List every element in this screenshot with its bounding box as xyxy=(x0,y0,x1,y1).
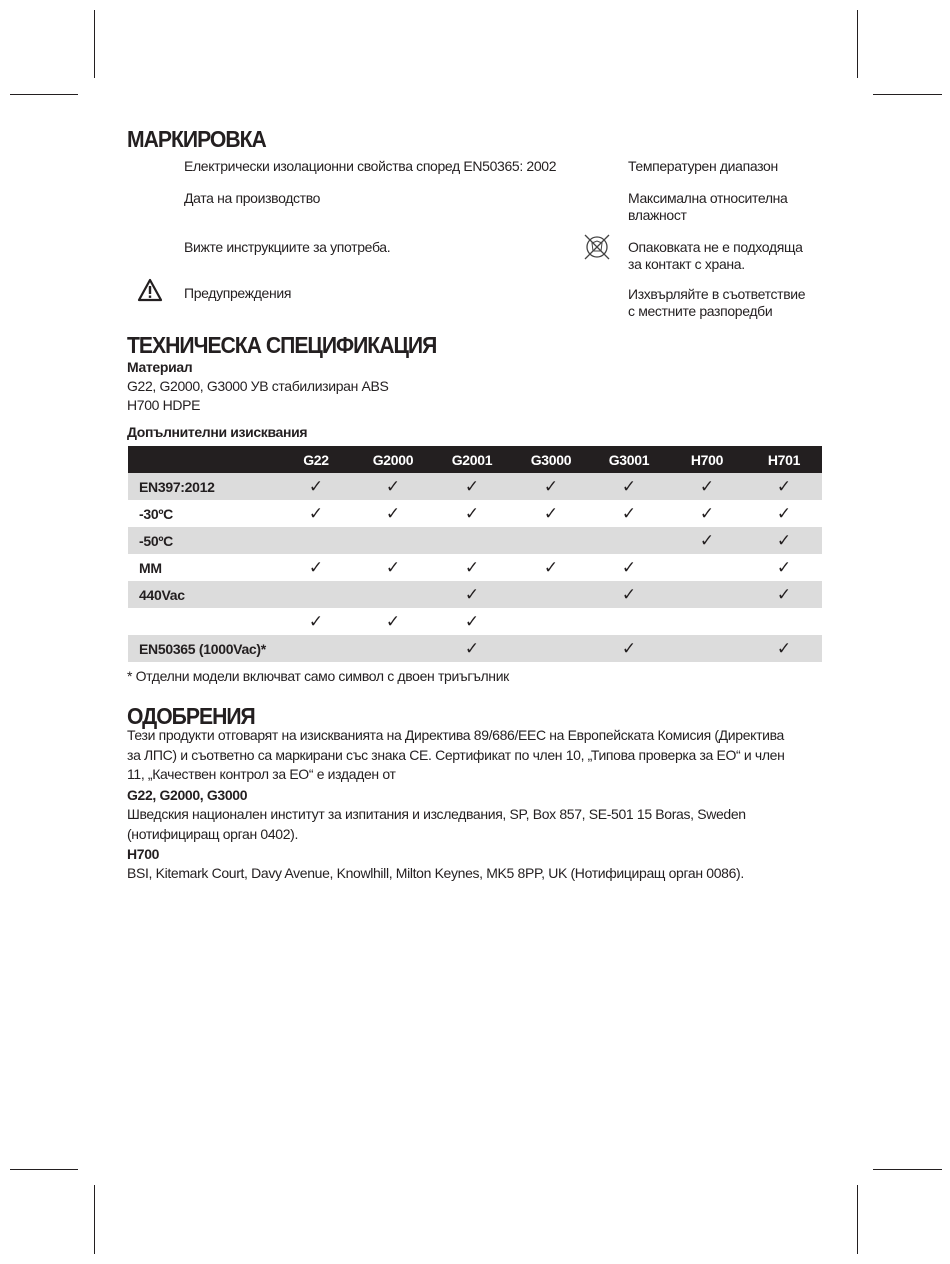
crop-mark xyxy=(857,10,858,78)
empty-cell xyxy=(668,608,746,635)
table-row: EN50365 (1000Vac)*✓✓✓ xyxy=(128,635,822,662)
food-contact-line1: Опаковката не е подходяща xyxy=(628,239,803,256)
empty-cell xyxy=(590,527,668,554)
check-icon: ✓ xyxy=(746,473,822,500)
requirements-table: G22G2000G2001G3000G3001H700H701 EN397:20… xyxy=(128,446,822,662)
empty-cell xyxy=(278,527,354,554)
empty-cell xyxy=(668,635,746,662)
check-icon: ✓ xyxy=(590,554,668,581)
approval-models: H700 xyxy=(127,846,159,863)
table-footnote: * Отделни модели включват само символ с … xyxy=(127,668,509,685)
row-label: EN50365 (1000Vac)* xyxy=(128,635,278,662)
check-icon: ✓ xyxy=(668,500,746,527)
row-label: EN397:2012 xyxy=(128,473,278,500)
row-label: MM xyxy=(128,554,278,581)
empty-cell xyxy=(512,635,590,662)
marking-item-warnings: Предупреждения xyxy=(184,285,291,302)
check-icon: ✓ xyxy=(668,473,746,500)
marking-item-insulation: Електрически изолационни свойства според… xyxy=(184,158,556,175)
marking-item-temperature: Температурен диапазон xyxy=(628,158,778,175)
table-column-header: G3001 xyxy=(590,446,668,473)
check-icon: ✓ xyxy=(746,581,822,608)
check-icon: ✓ xyxy=(354,473,432,500)
check-icon: ✓ xyxy=(354,554,432,581)
check-icon: ✓ xyxy=(746,635,822,662)
extra-requirements-label: Допълнителни изисквания xyxy=(127,424,307,441)
check-icon: ✓ xyxy=(354,608,432,635)
table-column-header: H700 xyxy=(668,446,746,473)
check-icon: ✓ xyxy=(590,581,668,608)
empty-cell xyxy=(354,581,432,608)
check-icon: ✓ xyxy=(590,635,668,662)
food-contact-line2: за контакт с храна. xyxy=(628,256,803,273)
crop-mark xyxy=(857,1185,858,1254)
table-column-header: G2001 xyxy=(432,446,512,473)
intro-line: за ЛПС) и съответно са маркирани със зна… xyxy=(127,746,817,766)
marking-item-production-date: Дата на производство xyxy=(184,190,320,207)
check-icon: ✓ xyxy=(278,473,354,500)
empty-cell xyxy=(354,527,432,554)
approval-line: (нотифициращ орган 0402). xyxy=(127,825,817,845)
check-icon: ✓ xyxy=(278,500,354,527)
marking-title: МАРКИРОВКА xyxy=(127,126,266,153)
not-food-safe-icon xyxy=(583,233,611,261)
empty-cell xyxy=(278,581,354,608)
empty-cell xyxy=(512,581,590,608)
approval-body: Шведския национален институт за изпитани… xyxy=(127,805,817,844)
marking-item-humidity: Максимална относителна влажност xyxy=(628,190,788,224)
check-icon: ✓ xyxy=(432,473,512,500)
marking-item-disposal: Изхвърляйте в съответствие с местните ра… xyxy=(628,286,805,320)
empty-cell xyxy=(668,554,746,581)
intro-line: 11, „Качествен контрол за ЕО“ е издаден … xyxy=(127,765,817,785)
crop-mark xyxy=(873,94,942,95)
empty-cell xyxy=(512,527,590,554)
table-column-header: G22 xyxy=(278,446,354,473)
approval-models: G22, G2000, G3000 xyxy=(127,787,247,804)
table-header-empty xyxy=(128,446,278,473)
material-label: Материал xyxy=(127,359,192,376)
empty-cell xyxy=(590,608,668,635)
check-icon: ✓ xyxy=(432,554,512,581)
check-icon: ✓ xyxy=(512,473,590,500)
approval-line: Шведския национален институт за изпитани… xyxy=(127,805,817,825)
crop-mark xyxy=(10,94,78,95)
approvals-intro: Тези продукти отговарят на изискванията … xyxy=(127,726,817,785)
check-icon: ✓ xyxy=(432,608,512,635)
spec-title: ТЕХНИЧЕСКА СПЕЦИФИКАЦИЯ xyxy=(127,332,436,359)
table-header-row: G22G2000G2001G3000G3001H700H701 xyxy=(128,446,822,473)
check-icon: ✓ xyxy=(590,500,668,527)
check-icon: ✓ xyxy=(668,527,746,554)
check-icon: ✓ xyxy=(278,608,354,635)
crop-mark xyxy=(94,1185,95,1254)
empty-cell xyxy=(278,635,354,662)
disposal-line1: Изхвърляйте в съответствие xyxy=(628,286,805,303)
row-label: -50ºC xyxy=(128,527,278,554)
check-icon: ✓ xyxy=(512,500,590,527)
empty-cell xyxy=(746,608,822,635)
table-column-header: G3000 xyxy=(512,446,590,473)
check-icon: ✓ xyxy=(746,500,822,527)
approval-body: BSI, Kitemark Court, Davy Avenue, Knowlh… xyxy=(127,864,817,884)
check-icon: ✓ xyxy=(746,554,822,581)
marking-item-food-contact: Опаковката не е подходяща за контакт с х… xyxy=(628,239,803,273)
table-row: 440Vac✓✓✓ xyxy=(128,581,822,608)
crop-mark xyxy=(10,1169,78,1170)
row-label xyxy=(128,608,278,635)
row-label: -30ºC xyxy=(128,500,278,527)
table-row: MM✓✓✓✓✓✓ xyxy=(128,554,822,581)
table-row: -30ºC✓✓✓✓✓✓✓ xyxy=(128,500,822,527)
row-label: 440Vac xyxy=(128,581,278,608)
table-row: EN397:2012✓✓✓✓✓✓✓ xyxy=(128,473,822,500)
check-icon: ✓ xyxy=(432,500,512,527)
check-icon: ✓ xyxy=(746,527,822,554)
check-icon: ✓ xyxy=(432,581,512,608)
material-line: G22, G2000, G3000 УВ стабилизиран ABS xyxy=(127,378,388,395)
check-icon: ✓ xyxy=(278,554,354,581)
table-row: -50ºC✓✓ xyxy=(128,527,822,554)
warning-triangle-icon xyxy=(137,278,163,302)
empty-cell xyxy=(512,608,590,635)
material-line: H700 HDPE xyxy=(127,397,200,414)
humidity-line1: Максимална относителна xyxy=(628,190,788,207)
intro-line: Тези продукти отговарят на изискванията … xyxy=(127,726,817,746)
check-icon: ✓ xyxy=(432,635,512,662)
marking-item-instructions: Вижте инструкциите за употреба. xyxy=(184,239,390,256)
table-column-header: H701 xyxy=(746,446,822,473)
check-icon: ✓ xyxy=(590,473,668,500)
check-icon: ✓ xyxy=(354,500,432,527)
crop-mark xyxy=(873,1169,942,1170)
table-column-header: G2000 xyxy=(354,446,432,473)
approval-line: BSI, Kitemark Court, Davy Avenue, Knowlh… xyxy=(127,864,817,884)
humidity-line2: влажност xyxy=(628,207,788,224)
empty-cell xyxy=(354,635,432,662)
empty-cell xyxy=(432,527,512,554)
table-row: ✓✓✓ xyxy=(128,608,822,635)
crop-mark xyxy=(94,10,95,78)
disposal-line2: с местните разпоредби xyxy=(628,303,805,320)
check-icon: ✓ xyxy=(512,554,590,581)
empty-cell xyxy=(668,581,746,608)
